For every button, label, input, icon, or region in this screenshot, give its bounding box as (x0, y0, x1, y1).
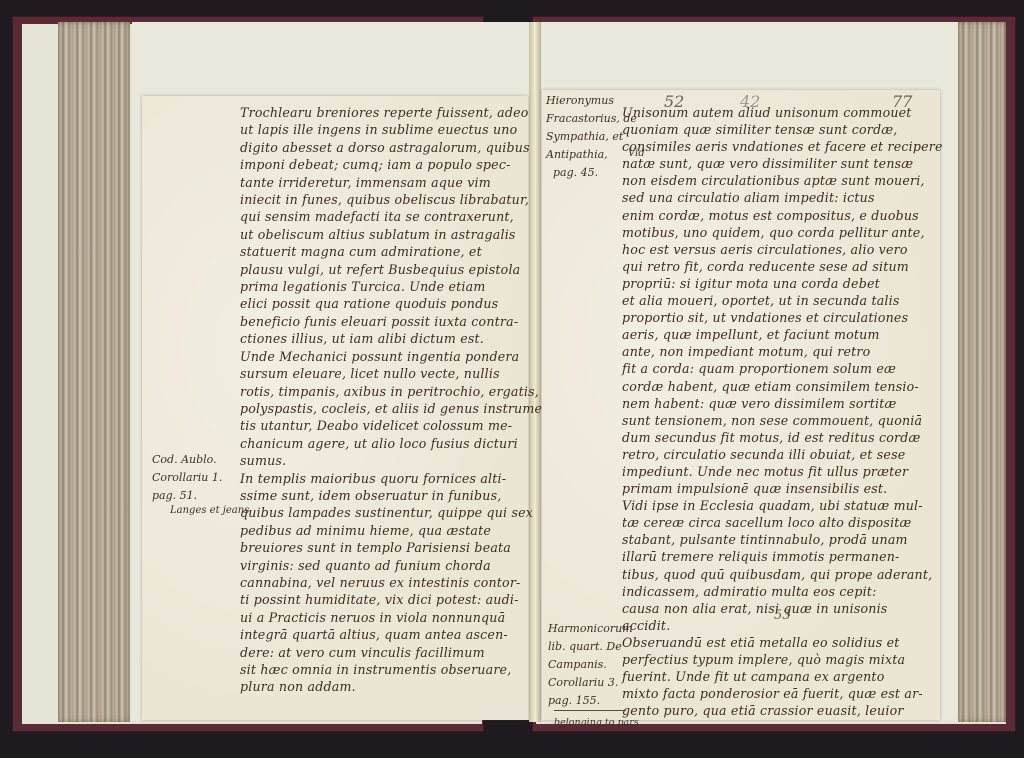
manuscript-line: plura non addam. (240, 678, 555, 695)
manuscript-line: illarū tremere reliquis immotis permanen… (622, 548, 943, 565)
manuscript-line: virginis: sed quanto ad funium chorda (240, 557, 555, 574)
margin-note-harmonicorum: Harmonicorum lib. quart. De Campanis. Co… (548, 620, 633, 710)
margin-note-citation: Cod. Aublo. Corollariu 1. pag. 51. (152, 451, 222, 505)
manuscript-line: propriū: si igitur mota una corda debet (622, 275, 943, 292)
manuscript-line: sit hæc omnia in instrumentis obseruare, (240, 661, 555, 678)
manuscript-line: Trochlearu breniores reperte fuissent, a… (240, 104, 555, 121)
manuscript-line: nem habent: quæ vero dissimilem sortitæ (622, 395, 943, 412)
manuscript-line: sursum eleuare, licet nullo vecte, nulli… (240, 365, 555, 382)
manuscript-line: qui sensim madefacti ita se contraxerunt… (240, 208, 555, 225)
manuscript-line: indicassem, admiratio multa eos cepit: (622, 583, 943, 600)
manuscript-line: enim cordæ, motus est compositus, e duob… (622, 207, 943, 224)
manuscript-line: motibus, uno quidem, quo corda pellitur … (622, 224, 943, 241)
manuscript-line: gento puro, qua etiā crassior euasit, le… (622, 702, 943, 719)
manuscript-line: retro, circulatio secunda illi obuiat, e… (622, 446, 943, 463)
manuscript-line: iniecit in funes, quibus obeliscus libra… (240, 191, 555, 208)
manuscript-line: quoniam quæ similiter tensæ sunt cordæ, (622, 121, 943, 138)
manuscript-line: Unde Mechanici possunt ingentia pondera (240, 348, 555, 365)
body-text-right: Unisonum autem aliud unisonum commouetqu… (622, 104, 943, 719)
manuscript-line: hoc est versus aeris circulationes, alio… (622, 241, 943, 258)
manuscript-line: et alia moueri, oportet, ut in secunda t… (622, 292, 943, 309)
manuscript-line: aeris, quæ impellunt, et faciunt motum (622, 326, 943, 343)
manuscript-line: Obseruandū est etiā metalla eo solidius … (622, 634, 943, 651)
manuscript-line: quibus lampades sustinentur, quippe qui … (240, 504, 555, 521)
manuscript-line: ut obeliscum altius sublatum in astragal… (240, 226, 555, 243)
manuscript-line: breuiores sunt in templo Parisiensi beat… (240, 539, 555, 556)
manuscript-line: ut lapis ille ingens in sublime euectus … (240, 121, 555, 138)
manuscript-line: dum secundus fit motus, id est reditus c… (622, 429, 943, 446)
manuscript-line: sunt tensionem, non sese commouent, quon… (622, 412, 943, 429)
manuscript-line: sumus. (240, 452, 555, 469)
manuscript-line: fit a corda: quam proportionem solum eæ (622, 360, 943, 377)
manuscript-line: natæ sunt, quæ vero dissimiliter sunt te… (622, 155, 943, 172)
manuscript-line: ctiones illius, ut iam alibi dictum est. (240, 330, 555, 347)
manuscript-line: statuerit magna cum admiratione, et (240, 243, 555, 260)
manuscript-line: ti possint humiditate, vix dici potest: … (240, 591, 555, 608)
manuscript-line: tæ cereæ circa sacellum loco alto dispos… (622, 514, 943, 531)
manuscript-line: digito abesset a dorso astragalorum, qui… (240, 139, 555, 156)
manuscript-line: ssime sunt, idem obseruatur in funibus, (240, 487, 555, 504)
manuscript-line: tis utantur, Deabo videlicet colossum me… (240, 417, 555, 434)
body-text-left: Trochlearu breniores reperte fuissent, a… (240, 104, 555, 696)
manuscript-line: In templis maioribus quoru fornices alti… (240, 470, 555, 487)
manuscript-page-left: Cod. Aublo. Corollariu 1. pag. 51. Lange… (142, 96, 528, 720)
page-edges-right (958, 22, 1006, 722)
manuscript-line: polyspastis, cocleis, et aliis id genus … (240, 400, 555, 417)
manuscript-line: Unisonum autem aliud unisonum commouet (622, 104, 943, 121)
manuscript-line: sed una circulatio aliam impedit: ictus (622, 189, 943, 206)
page-edges-left (58, 22, 130, 722)
margin-note-rule (554, 710, 626, 711)
manuscript-line: primam impulsionē quæ insensibilis est. (622, 480, 943, 497)
manuscript-line: causa non alia erat, nisi quæ in unisoni… (622, 600, 943, 617)
manuscript-line: rotis, timpanis, axibus in peritrochio, … (240, 383, 555, 400)
manuscript-line: dere: at vero cum vinculis facillimum (240, 644, 555, 661)
manuscript-page-right: 52 42 77 53 Hieronymus Fracastorius, de … (542, 90, 940, 720)
manuscript-line: Vidi ipse in Ecclesia quadam, ubi statuæ… (622, 497, 943, 514)
manuscript-line: proportio sit, ut vndationes et circulat… (622, 309, 943, 326)
manuscript-line: non eisdem circulationibus aptæ sunt mou… (622, 172, 943, 189)
manuscript-line: fuerint. Unde fit ut campana ex argento (622, 668, 943, 685)
manuscript-line: perfectius typum implere, quò magis mixt… (622, 651, 943, 668)
manuscript-line: imponi debeat; cumq; iam a populo spec- (240, 156, 555, 173)
manuscript-line: chanicum agere, ut alio loco fusius dict… (240, 435, 555, 452)
manuscript-line: elici possit qua ratione quoduis pondus (240, 295, 555, 312)
manuscript-line: mixto facta ponderosior eā fuerit, quæ e… (622, 685, 943, 702)
manuscript-line: prima legationis Turcica. Unde etiam (240, 278, 555, 295)
manuscript-line: impediunt. Unde nec motus fit ullus præt… (622, 463, 943, 480)
manuscript-line: tante irrideretur, immensam aque vim (240, 174, 555, 191)
manuscript-line: stabant, pulsante tintinnabulo, prodā un… (622, 531, 943, 548)
manuscript-line: ante, non impediant motum, qui retro (622, 343, 943, 360)
manuscript-line: plausu vulgi, ut refert Busbequius epist… (240, 261, 555, 278)
manuscript-line: consimiles aeris vndationes et facere et… (622, 138, 943, 155)
margin-note-annotation: Langes et jeans (170, 502, 249, 520)
manuscript-line: cannabina, vel neruus ex intestinis cont… (240, 574, 555, 591)
manuscript-line: tibus, quod quū quibusdam, qui prope ade… (622, 566, 943, 583)
manuscript-line: ui a Practicis neruos in viola nonnunquā (240, 609, 555, 626)
manuscript-line: qui retro fit, corda reducente sese ad s… (622, 258, 943, 275)
manuscript-line: integrā quartā altius, quam antea ascen- (240, 626, 555, 643)
manuscript-line: beneficio funis eleuari possit iuxta con… (240, 313, 555, 330)
manuscript-line: pedibus ad minimu hieme, qua æstate (240, 522, 555, 539)
manuscript-line: cordæ habent, quæ etiam consimilem tensi… (622, 378, 943, 395)
manuscript-line: accidit. (622, 617, 943, 634)
